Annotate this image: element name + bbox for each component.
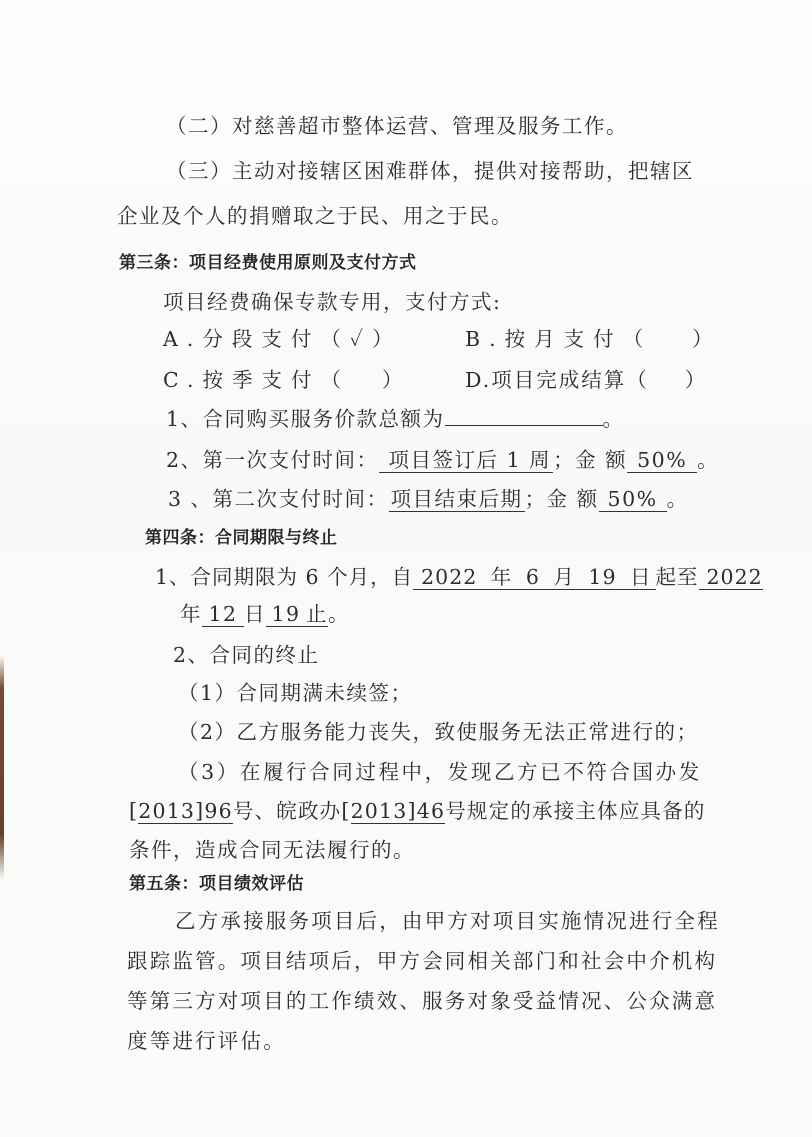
contract-end-suffix: 止 (306, 602, 328, 627)
contract-term-label: 1、合同期限为 6 个月，自 (155, 565, 413, 589)
contract-term-line2: 年12日19止。 (180, 600, 350, 628)
first-payment-time: 项目签订后 1 周 (379, 448, 554, 473)
payment-option-a-label: A.分段支付（ (163, 327, 350, 351)
contract-end-year: 2022 (699, 565, 763, 590)
evaluation-line-1: 乙方承接服务项目后，由甲方对项目实施情况进行全程 (175, 907, 720, 935)
day-char: 日 (244, 602, 266, 626)
total-amount-line: 1、合同购买服务价款总额为。 (166, 405, 625, 433)
payment-option-c: C.按季支付（） (163, 366, 411, 394)
second-payment-amount-label: ；金 额 (525, 487, 599, 511)
contract-end-day: 19 (266, 602, 306, 627)
termination-item-3-line3: 条件，造成合同无法履行的。 (129, 836, 415, 864)
first-payment-amount: 50% (627, 448, 697, 473)
article-3-intro: 项目经费确保专款专用，支付方式: (163, 288, 501, 316)
evaluation-line-4: 度等进行评估。 (127, 1027, 286, 1055)
contract-start-date: 2022 年 6 月 19 日 (413, 565, 655, 590)
first-payment-amount-label: ；金 额 (553, 448, 627, 472)
article-3-heading: 第三条：项目经费使用原则及支付方式 (119, 251, 417, 275)
article-4-heading: 第四条：合同期限与终止 (145, 526, 338, 550)
payment-option-a: A.分段支付（✓） (163, 325, 402, 353)
payment-option-c-close: ） (382, 368, 412, 392)
second-payment-line: 3 、第二次支付时间：项目结束后期；金 额50%。 (168, 485, 689, 513)
regulation-ref-suffix: 号规定的承接主体应具备的 (445, 799, 705, 823)
document-page: （二）对慈善超市整体运营、管理及服务工作。 （三）主动对接辖区困难群体，提供对接… (0, 0, 812, 1137)
second-payment-period: 。 (667, 487, 689, 511)
evaluation-line-2: 跟踪监管。项目结项后，甲方会同相关部门和社会中介机构 (127, 947, 717, 975)
total-amount-field (445, 425, 603, 426)
payment-option-d: D.项目完成结算（） (465, 366, 707, 394)
total-amount-period: 。 (603, 407, 625, 431)
ref1-bracket: [ (129, 799, 138, 823)
contract-end-month: 12 (202, 602, 244, 627)
paragraph-item-3-line2: 企业及个人的捐赠取之于民、用之于民。 (117, 202, 513, 230)
payment-option-d-close: ） (685, 368, 708, 392)
checkmark-icon: ✓ (350, 327, 372, 351)
payment-option-b-close: ） (692, 327, 722, 351)
payment-option-b-label: B.按月支付（ (465, 327, 652, 351)
payment-option-d-label: D.项目完成结算（ (465, 368, 649, 392)
second-payment-label: 3 、第二次支付时间： (168, 487, 389, 511)
contract-term-line1: 1、合同期限为 6 个月，自2022 年 6 月 19 日起至2022 (155, 563, 763, 591)
payment-option-b: B.按月支付（） (465, 325, 722, 353)
contract-term-period: 。 (328, 602, 350, 626)
first-payment-period: 。 (697, 448, 719, 472)
year-char: 年 (180, 602, 202, 626)
evaluation-line-3: 等第三方对项目的工作绩效、服务对象受益情况、公众满意 (127, 987, 717, 1015)
paragraph-item-2: （二）对慈善超市整体运营、管理及服务工作。 (166, 112, 628, 140)
payment-option-c-label: C.按季支付（ (163, 368, 350, 392)
total-amount-label: 1、合同购买服务价款总额为 (166, 407, 445, 431)
regulation-ref-mid: 号、皖政办[ (233, 799, 351, 823)
termination-item-3-line2: [2013]96 号、皖政办[2013]46 号规定的承接主体应具备的 (129, 797, 706, 825)
paragraph-item-3-line1: （三）主动对接辖区困难群体，提供对接帮助，把辖区 (166, 157, 694, 185)
second-payment-amount: 50% (599, 487, 667, 512)
termination-item-2: （2）乙方服务能力丧失，致使服务无法正常进行的； (178, 718, 699, 746)
termination-title: 2、合同的终止 (173, 641, 320, 669)
regulation-ref-1: 2013]96 (138, 799, 233, 824)
regulation-ref-2: 2013]46 (351, 799, 446, 824)
first-payment-label: 2、第一次支付时间： (166, 448, 379, 472)
second-payment-time: 项目结束后期 (389, 487, 525, 512)
termination-item-3-line1: （3）在履行合同过程中，发现乙方已不符合国办发 (178, 758, 702, 786)
payment-option-a-close: ） (372, 327, 402, 351)
page-edge-shadow (0, 655, 4, 880)
first-payment-line: 2、第一次支付时间：项目签订后 1 周；金 额50%。 (166, 446, 719, 474)
article-5-heading: 第五条：项目绩效评估 (129, 872, 304, 896)
contract-term-to: 起至 (656, 565, 699, 589)
termination-item-1: （1）合同期满未续签； (178, 679, 413, 707)
